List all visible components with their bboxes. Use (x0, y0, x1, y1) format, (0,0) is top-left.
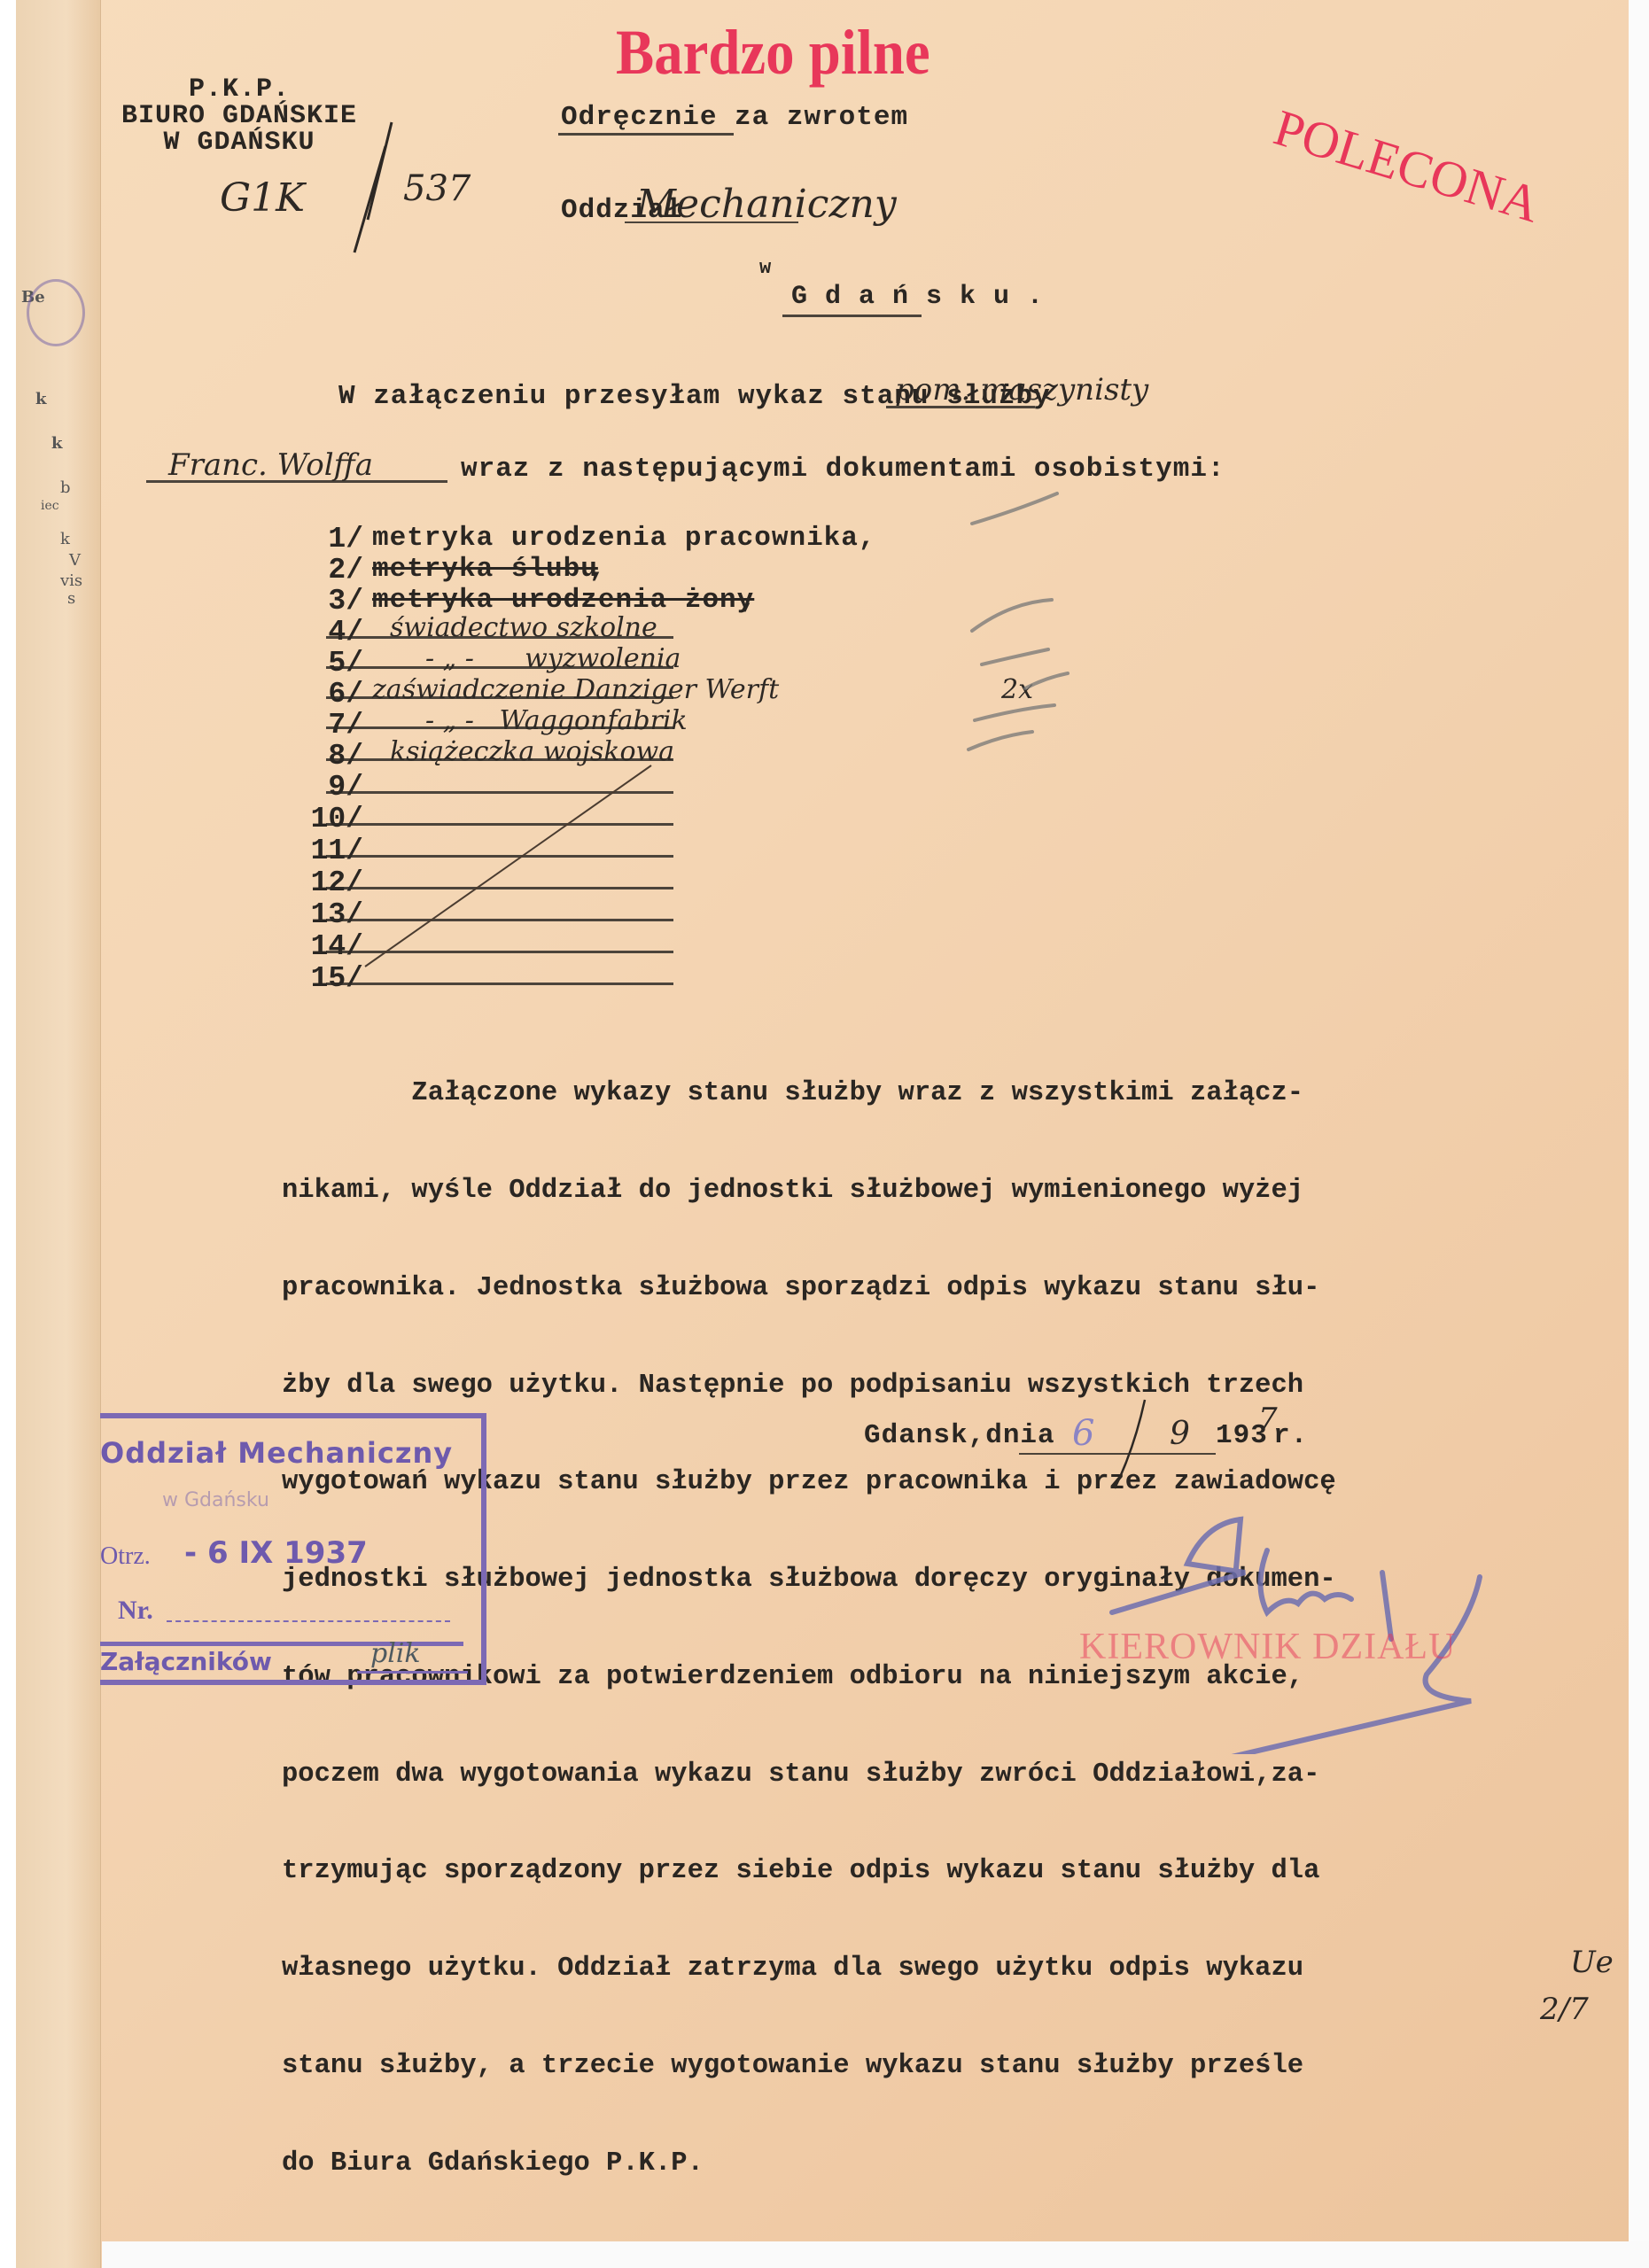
date-day-hand: 6 (1072, 1413, 1094, 1454)
para-line: do Biura Gdańskiego P.K.P. (282, 2148, 1567, 2180)
strip-fragment: V (69, 551, 81, 570)
employee-name-underline (146, 480, 447, 483)
employee-title-hand: pom. maszynisty (895, 372, 1148, 408)
strip-fragment: vis (60, 571, 82, 590)
attachments-line (357, 1671, 468, 1674)
strip-fragment: iec (41, 499, 59, 513)
para-line: trzymując sporządzony przez siebie odpis… (282, 1855, 1567, 1888)
list-number: 7/ (292, 709, 363, 742)
corner-note-line-2: 2/7 (1540, 1992, 1589, 2027)
rule-line (326, 887, 673, 889)
strip-fragment: s (67, 589, 75, 608)
date-label: Gdansk,dnia (864, 1420, 1055, 1451)
list-text: metryka urodzenia pracownika, (372, 523, 876, 554)
attached-left-strip: Be k k b iec k V vis s (16, 0, 101, 2268)
list-text-hand: - „ - wyzwolenia (425, 643, 681, 674)
list-number: 9/ (292, 771, 363, 804)
instruction-underline (558, 133, 734, 136)
corner-note-line-1: Ue (1570, 1945, 1614, 1980)
strip-fragment: b (60, 478, 71, 497)
list-suffix: , (740, 585, 758, 616)
rule-line (326, 758, 673, 761)
city-underline (782, 315, 922, 317)
attachments-label: Załączników (100, 1647, 272, 1676)
date-slash (1108, 1395, 1161, 1493)
received-stamp: Oddział Mechaniczny w Gdańsku Otrz. - 6 … (100, 1413, 486, 1685)
para-line: własnego użytku. Oddział zatrzyma dla sw… (282, 1953, 1567, 1985)
rule-line (326, 726, 673, 729)
city-text: G d a ń s k u . (791, 282, 1044, 312)
list-number: 8/ (292, 740, 363, 773)
scan-margin-bottom (102, 2241, 1649, 2268)
scan-margin-right (1629, 0, 1649, 2268)
list-text-hand: zaświadczenie Danziger Werft (372, 674, 779, 705)
signature-icon (1099, 1488, 1524, 1754)
received-label: Otrz. (100, 1542, 151, 1571)
number-label: Nr. (118, 1596, 153, 1626)
list-number: 4/ (292, 616, 363, 649)
sender-line-1: P.K.P. (106, 76, 372, 103)
list-suffix: , (589, 554, 607, 585)
date-month-hand: 9 (1170, 1416, 1190, 1452)
list-number: 15/ (292, 962, 363, 995)
manager-stamp: KIEROWNIK DZIAŁU (1079, 1626, 1456, 1668)
list-number: 5/ (292, 647, 363, 680)
strip-fragment: k (60, 530, 70, 548)
list-text-hand: - „ - Waggonfabrik (425, 705, 688, 736)
para-line: Załączone wykazy stanu służby wraz z wsz… (282, 1077, 1567, 1110)
list-number: 13/ (292, 898, 363, 931)
department-underline (625, 221, 798, 223)
list-number: 1/ (292, 523, 363, 555)
rule-line (326, 951, 673, 953)
employee-title-underline (886, 406, 1035, 408)
department-hand: Mechaniczny (636, 182, 897, 227)
para-line: żby dla swego użytku. Następnie po podpi… (282, 1370, 1567, 1402)
list-extra-hand: 2x (1001, 674, 1033, 705)
rule-line (326, 919, 673, 921)
strip-fragment: k (35, 390, 46, 408)
list-number: 6/ (292, 678, 363, 711)
para-line: nikami, wyśle Oddział do jednostki służb… (282, 1175, 1567, 1208)
attachments-hand: plik (370, 1638, 421, 1669)
received-stamp-subtitle: w Gdańsku (162, 1489, 269, 1511)
list-number: 10/ (292, 803, 363, 835)
urgent-stamp: Bardzo pilne (616, 16, 930, 89)
rule-line (326, 983, 673, 985)
list-number: 11/ (292, 835, 363, 867)
received-stamp-bottom (100, 1680, 481, 1684)
reference-number: 537 (403, 168, 471, 209)
list-number: 12/ (292, 866, 363, 899)
strip-fragment: k (51, 434, 62, 453)
employee-name-hand: Franc. Wolffa (168, 447, 373, 483)
rule-line (326, 696, 673, 699)
list-text-struck: metryka ślubu (372, 554, 598, 585)
rule-line (326, 636, 673, 639)
rule-line (326, 666, 673, 669)
rule-line (326, 823, 673, 826)
list-number: 2/ (292, 554, 363, 586)
list-text-struck: metryka urodzenia żony (372, 585, 754, 616)
number-line (167, 1620, 450, 1622)
rule-line (326, 791, 673, 794)
para-line: stanu służby, a trzecie wygotowanie wyka… (282, 2050, 1567, 2083)
received-date: - 6 IX 1937 (184, 1535, 368, 1571)
para-line: pracownika. Jednostka służbowa sporządzi… (282, 1272, 1567, 1305)
received-stamp-title: Oddział Mechaniczny (100, 1436, 453, 1470)
para-line: poczem dwa wygotowania wykazu stanu służ… (282, 1759, 1567, 1791)
list-number: 3/ (292, 585, 363, 617)
partial-round-stamp (27, 279, 85, 346)
date-suffix: r. (1273, 1420, 1308, 1451)
list-text-hand: książeczka wojskowa (390, 736, 674, 767)
reference-hand: G1K (220, 175, 305, 221)
rule-line (326, 855, 673, 858)
preposition-w: w (759, 257, 772, 279)
instruction-text: Odręcznie za zwrotem (561, 102, 908, 133)
intro-line-2: wraz z następującymi dokumentami osobist… (461, 454, 1225, 485)
list-number: 14/ (292, 930, 363, 963)
